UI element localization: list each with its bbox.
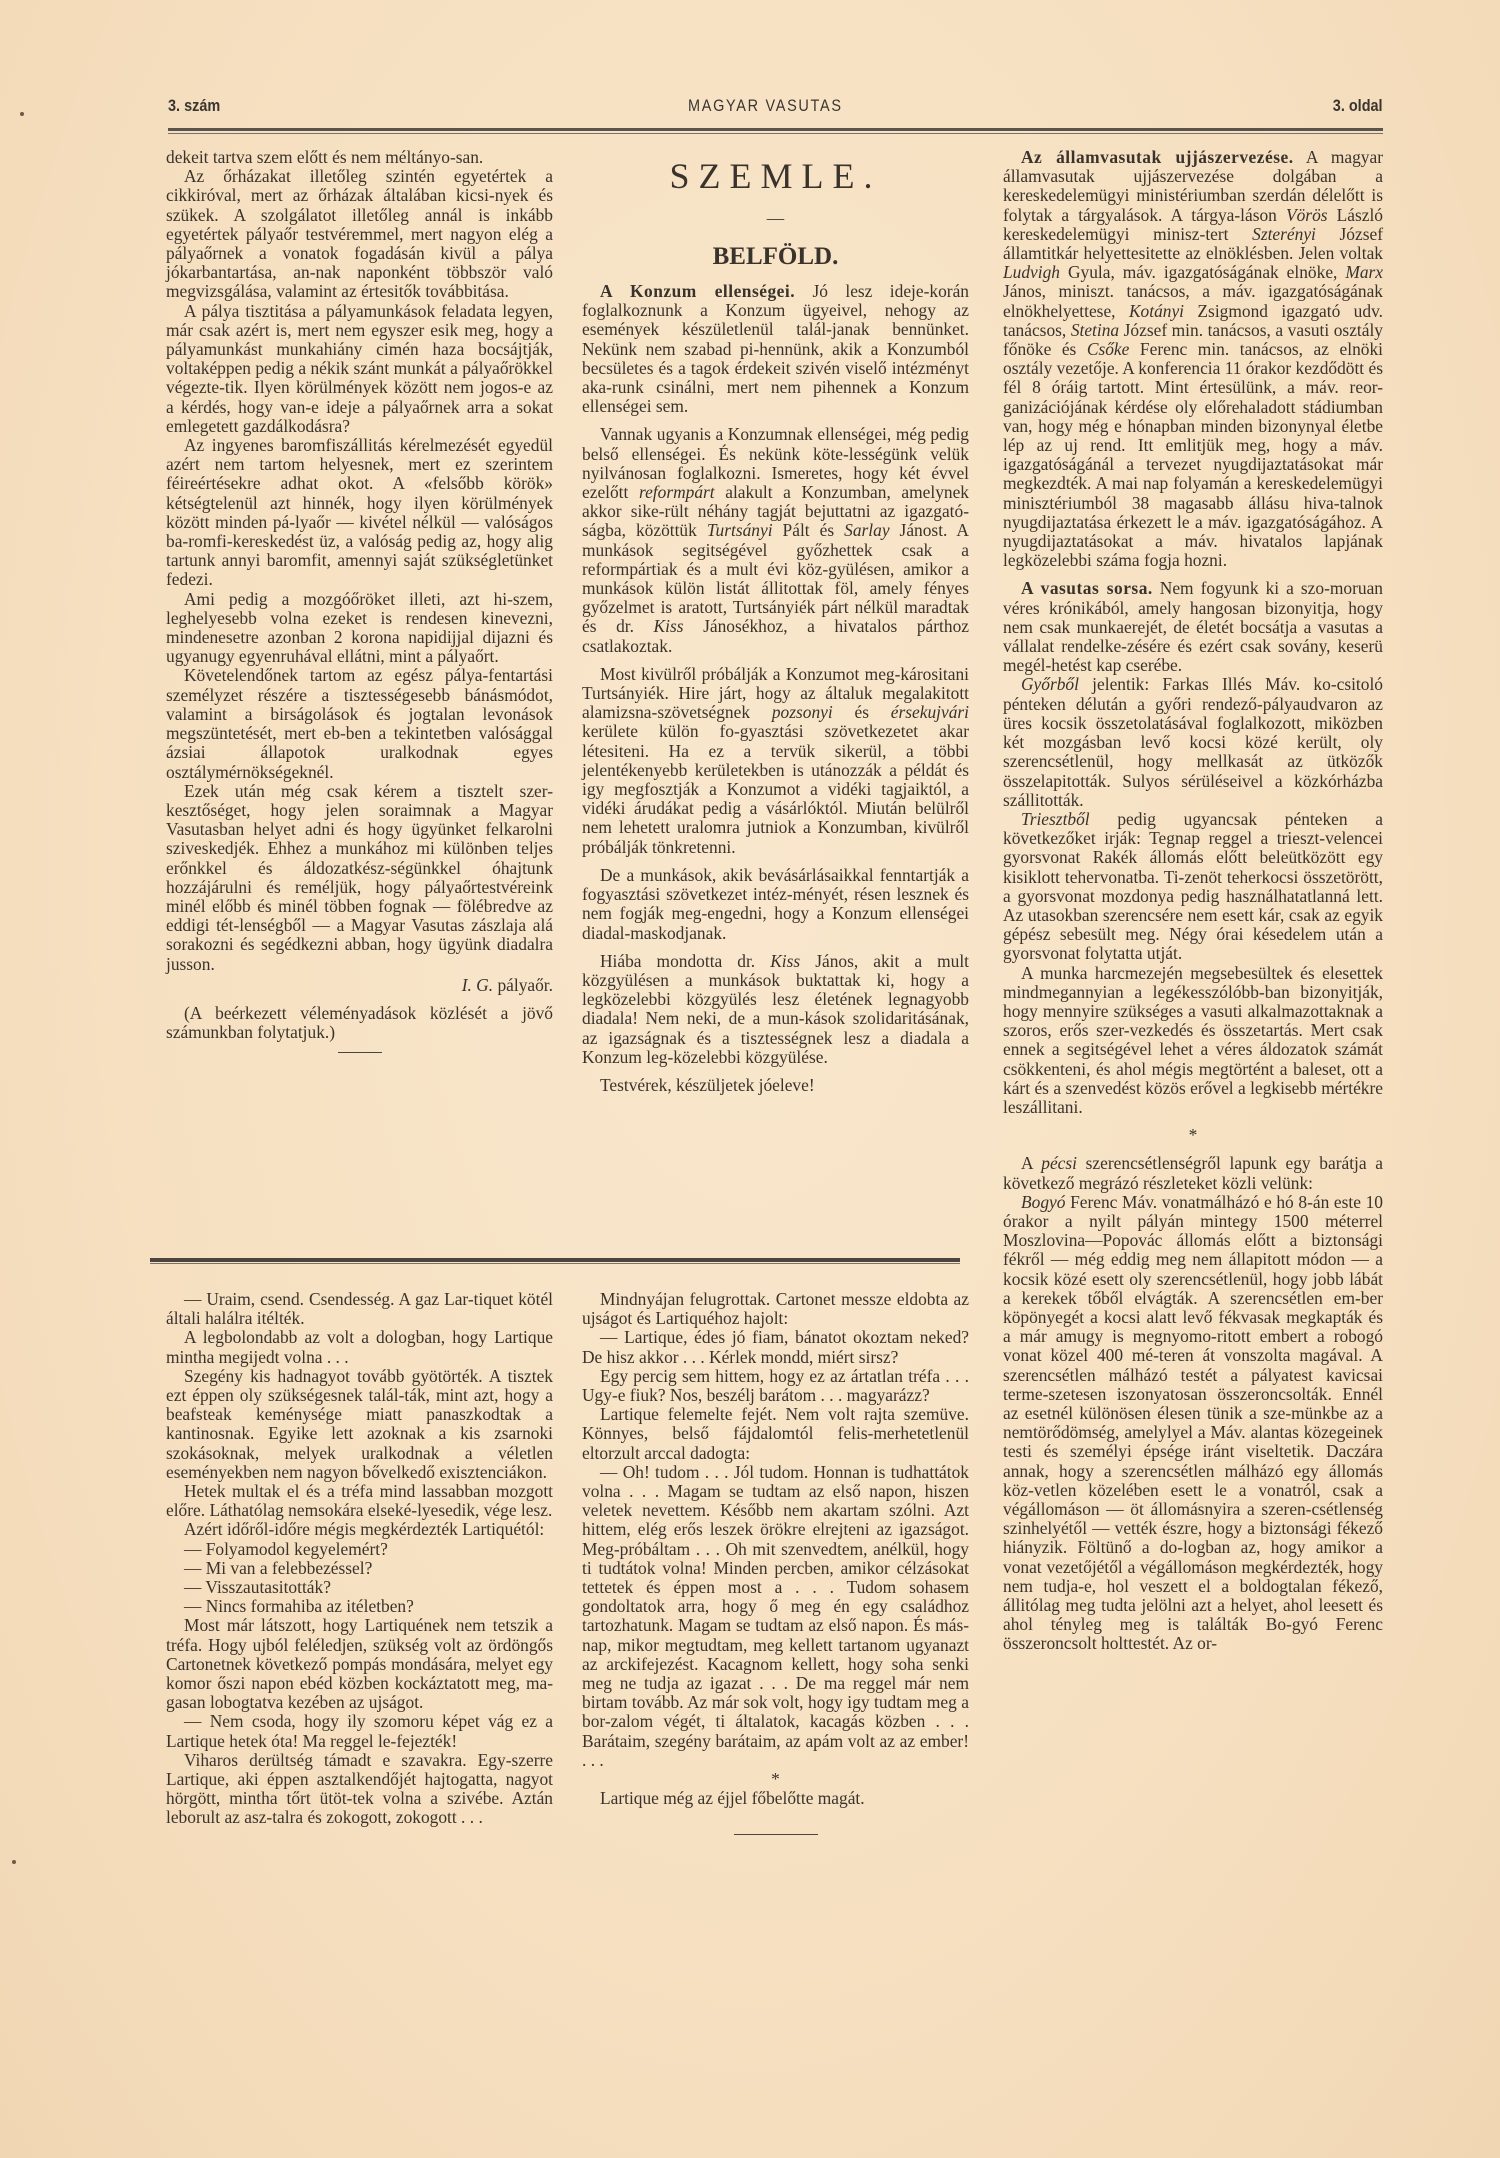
- header-rule: [168, 128, 1383, 134]
- story-paragraph: A legbolondabb az volt a dologban, hogy …: [166, 1328, 553, 1366]
- issue-number: 3. szám: [168, 96, 220, 116]
- column-szemle: SZEMLE. — BELFÖLD. A Konzum ellenségei. …: [582, 148, 969, 1095]
- story-paragraph: — Visszautasitották?: [166, 1578, 553, 1597]
- newspaper-page: 3. szám MAGYAR VASUTAS 3. oldal dekeit t…: [0, 0, 1500, 2158]
- section-divider: [150, 1258, 960, 1264]
- column-news: Az államvasutak ujjászervezése. A magyar…: [1003, 148, 1383, 1654]
- paragraph: Ezek után még csak kérem a tisztelt szer…: [166, 782, 553, 974]
- paragraph-gyor: Győrből jelentik: Farkas Illés Máv. ko-c…: [1003, 675, 1383, 809]
- article-konzum-closing: Testvérek, készüljetek jóeleve!: [582, 1076, 969, 1095]
- story-paragraph: — Folyamodol kegyelemért?: [166, 1540, 553, 1559]
- section-title: SZEMLE.: [582, 156, 969, 196]
- story-paragraph: — Nincs formahiba az itéletben?: [166, 1597, 553, 1616]
- article-headline: Az államvasutak ujjászervezése.: [1021, 147, 1294, 167]
- paragraph: dekeit tartva szem előtt és nem méltányo…: [166, 148, 553, 167]
- scan-speck: [20, 112, 24, 116]
- page-header: 3. szám MAGYAR VASUTAS 3. oldal: [168, 96, 1383, 124]
- paragraph: Követelendőnek tartom az egész pálya-fen…: [166, 666, 553, 781]
- end-rule: [734, 1834, 818, 1835]
- masthead-title: MAGYAR VASUTAS: [688, 96, 843, 116]
- title-dash: —: [582, 208, 969, 228]
- signature-role: pályaőr.: [497, 975, 553, 995]
- paragraph: Ami pedig a mozgóőröket illeti, azt hi-s…: [166, 590, 553, 667]
- article-konzum-p5: Hiába mondotta dr. Kiss János, akit a mu…: [582, 952, 969, 1067]
- story-paragraph: Szegény kis hadnagyot tovább gyötörték. …: [166, 1367, 553, 1482]
- story-paragraph: Mindnyájan felugrottak. Cartonet messze …: [582, 1290, 969, 1328]
- asterisk-separator: *: [1003, 1126, 1383, 1145]
- paragraph: A pálya tisztitása a pályamunkások felad…: [166, 302, 553, 436]
- editor-note: (A beérkezett véleményadások közlését a …: [166, 1004, 553, 1042]
- article-pecs: A pécsi szerencsétlenségről lapunk egy b…: [1003, 1154, 1383, 1192]
- paragraph: Az őrházakat illetőleg szintén egyetérte…: [166, 167, 553, 301]
- article-konzum-p1: A Konzum ellenségei. Jó lesz ideje-korán…: [582, 282, 969, 416]
- page-number: 3. oldal: [1333, 96, 1383, 116]
- story-paragraph: — Mi van a felebbezéssel?: [166, 1559, 553, 1578]
- paragraph: A munka harcmezején megsebesültek és ele…: [1003, 964, 1383, 1118]
- signature-initials: I. G.: [462, 975, 493, 995]
- article-vasutas-sorsa: A vasutas sorsa. Nem fogyunk ki a szo-mo…: [1003, 579, 1383, 675]
- story-paragraph: Azért időről-időre mégis megkérdezték La…: [166, 1520, 553, 1539]
- paragraph-bogyo: Bogyó Ferenc Máv. vonatmálházó e hó 8-án…: [1003, 1193, 1383, 1654]
- signature: I. G. pályaőr.: [166, 976, 553, 995]
- story-paragraph: Egy percig sem hittem, hogy ez az ártatl…: [582, 1367, 969, 1405]
- story-paragraph: — Nem csoda, hogy ily szomoru képet vág …: [166, 1712, 553, 1750]
- article-mav-reorg: Az államvasutak ujjászervezése. A magyar…: [1003, 148, 1383, 570]
- column-story-right: Mindnyájan felugrottak. Cartonet messze …: [582, 1290, 969, 1835]
- article-konzum-p2: Vannak ugyanis a Konzumnak ellenségei, m…: [582, 425, 969, 655]
- article-konzum-p3: Most kivülről próbálják a Konzumot meg-k…: [582, 665, 969, 857]
- subsection-title: BELFÖLD.: [582, 242, 969, 272]
- article-konzum-p4: De a munkások, akik bevásárlásaikkal fen…: [582, 866, 969, 943]
- story-paragraph: Hetek multak el és a tréfa mind lassabba…: [166, 1482, 553, 1520]
- story-paragraph: Viharos derültség támadt e szavakra. Egy…: [166, 1751, 553, 1828]
- article-headline: A Konzum ellenségei.: [600, 281, 795, 301]
- story-paragraph: — Uraim, csend. Csendesség. A gaz Lar-ti…: [166, 1290, 553, 1328]
- article-headline: A vasutas sorsa.: [1021, 578, 1153, 598]
- end-rule: [338, 1052, 382, 1053]
- scan-speck: [12, 1860, 16, 1864]
- story-paragraph: Lartique felemelte fejét. Nem volt rajta…: [582, 1405, 969, 1463]
- column-letter: dekeit tartva szem előtt és nem méltányo…: [166, 148, 553, 1053]
- story-paragraph: Most már látszott, hogy Lartiquének nem …: [166, 1616, 553, 1712]
- story-paragraph: — Lartique, édes jó fiam, bánatot okozta…: [582, 1328, 969, 1366]
- column-story-left: — Uraim, csend. Csendesség. A gaz Lar-ti…: [166, 1290, 553, 1828]
- paragraph: Az ingyenes baromfiszállitás kérelmezésé…: [166, 436, 553, 590]
- asterisk-separator: *: [582, 1770, 969, 1789]
- story-closing: Lartique még az éjjel főbelőtte magát.: [582, 1789, 969, 1808]
- paragraph-trieszt: Triesztből pedig ugyancsak pénteken a kö…: [1003, 810, 1383, 964]
- story-paragraph: — Oh! tudom . . . Jól tudom. Honnan is t…: [582, 1463, 969, 1770]
